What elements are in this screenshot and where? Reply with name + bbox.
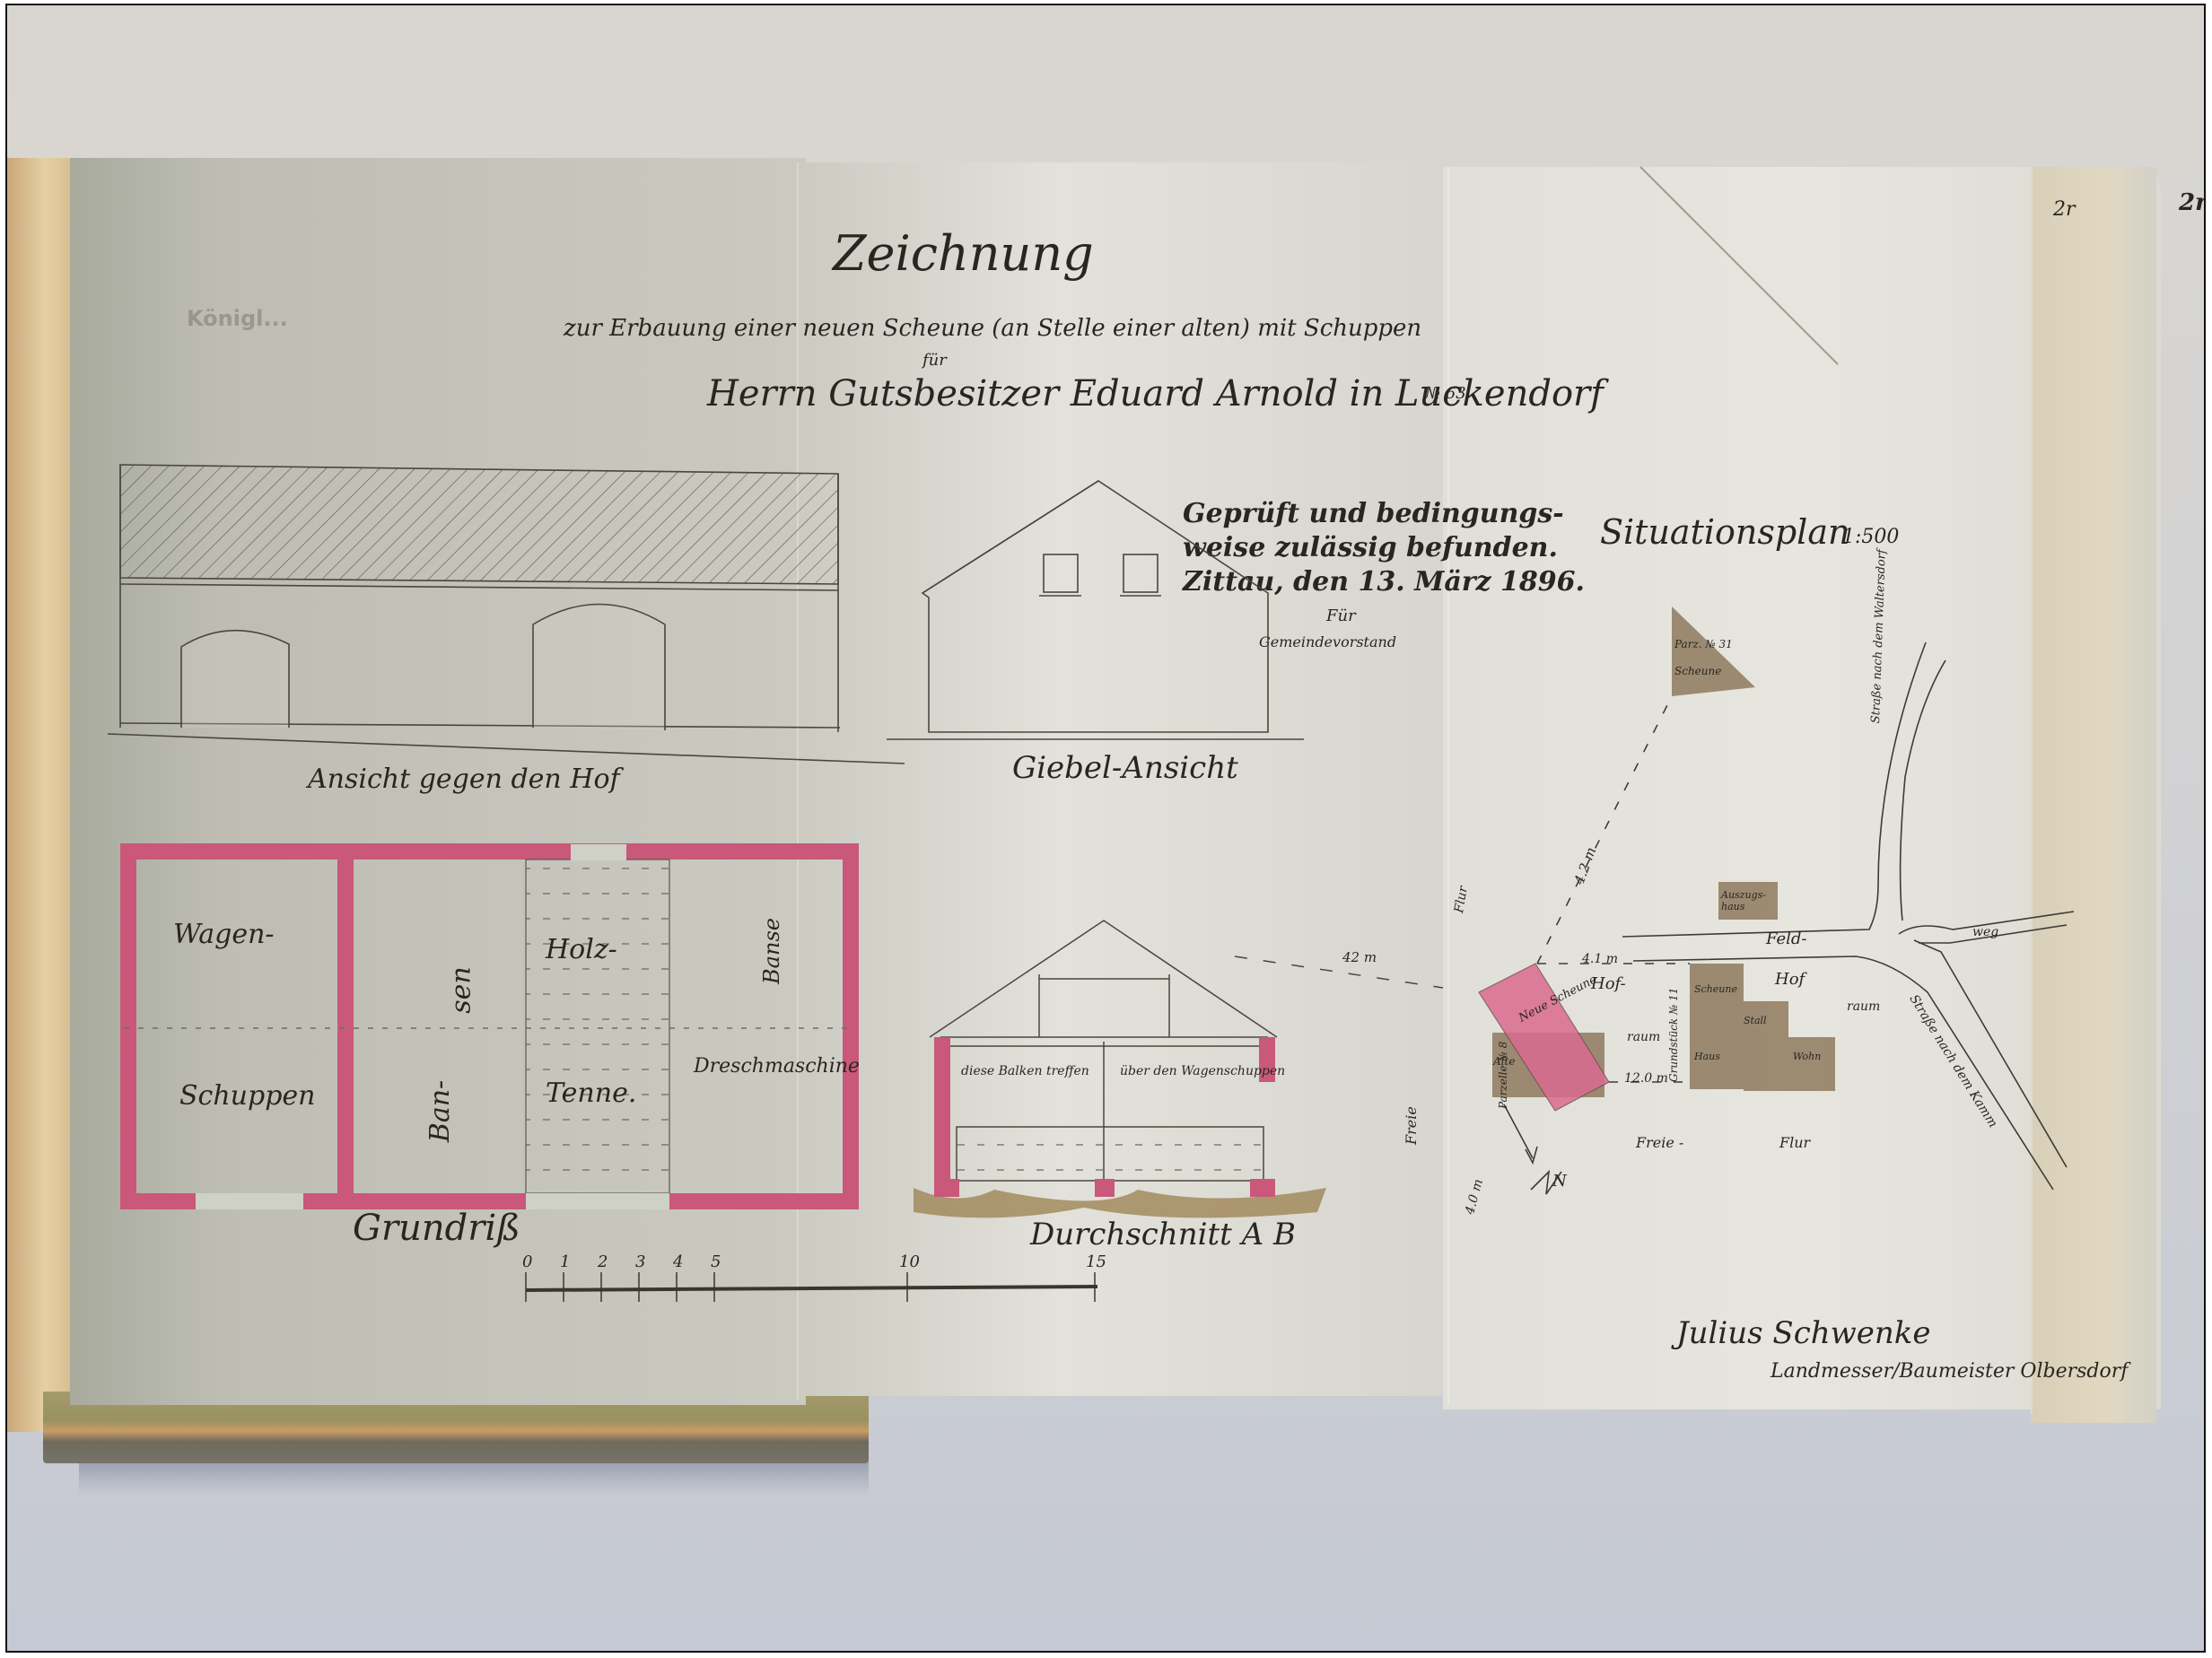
architectural-drawings <box>7 5 2206 1653</box>
margin-mark: 2r <box>2053 198 2076 221</box>
scale-bar <box>526 1272 1097 1302</box>
section-label: Durchschnitt A B <box>1030 1217 1296 1252</box>
site-label-main-4: Haus <box>1694 1051 1720 1062</box>
scale-tick-2: 2 <box>598 1252 608 1271</box>
scale-tick-4: 4 <box>673 1252 683 1271</box>
site-label-hof-right: Hof <box>1775 970 1805 989</box>
room-label-holz: Holz- <box>546 934 617 965</box>
site-label-small-building: Auszugs-haus <box>1721 889 1775 912</box>
north-arrow-label: N <box>1552 1172 1567 1191</box>
site-label-freie-left: Freie <box>1403 1106 1420 1145</box>
scale-tick-3: 3 <box>635 1252 645 1271</box>
site-label-main-3: Wohn <box>1793 1051 1821 1062</box>
site-label-raum-right: raum <box>1847 999 1880 1014</box>
scale-tick-15: 15 <box>1086 1252 1106 1271</box>
dimension-4-1m: 4.1 m <box>1582 952 1618 966</box>
room-label-schuppen: Schuppen <box>179 1080 315 1112</box>
dimension-42m: 42 m <box>1342 949 1377 965</box>
surveyor-signature-title: Landmesser/Baumeister Olbersdorf <box>1770 1360 2128 1383</box>
site-plan <box>1479 167 2074 1194</box>
site-label-plot: Parz. № 31 <box>1674 638 1733 650</box>
site-label-plot-sub: Scheune <box>1674 665 1721 677</box>
room-label-wagen: Wagen- <box>173 919 275 950</box>
site-label-main-1: Scheune <box>1694 983 1737 995</box>
section-note-right: über den Wagenschuppen <box>1120 1064 1285 1078</box>
site-label-feld: Feld- <box>1766 929 1807 948</box>
gable-elevation <box>887 481 1304 739</box>
floor-plan <box>124 844 855 1209</box>
site-label-freie-bottom: Freie - <box>1636 1134 1683 1151</box>
site-label-parcel-left: Parzelle № 8 <box>1497 1042 1509 1109</box>
surveyor-signature-name: Julius Schwenke <box>1676 1315 1931 1351</box>
dimension-12m: 12.0 m <box>1624 1071 1668 1086</box>
scale-tick-10: 10 <box>899 1252 920 1271</box>
scale-tick-1: 1 <box>560 1252 570 1271</box>
site-label-flur-bottom: Flur <box>1779 1134 1810 1151</box>
floor-plan-label: Grundriß <box>353 1208 520 1249</box>
section-note-left: diese Balken treffen <box>961 1064 1089 1078</box>
courtyard-elevation-label: Ansicht gegen den Hof <box>308 764 620 795</box>
photo-frame: Königl... Zeichnung zur Erbauung einer n… <box>5 4 2206 1653</box>
room-label-dreschmaschine: Dreschmaschine <box>694 1055 828 1078</box>
site-plan-title: Situationsplan <box>1600 512 1849 552</box>
gable-elevation-label: Giebel-Ansicht <box>1012 750 1238 786</box>
site-label-weg: weg <box>1972 925 1998 939</box>
room-label-banse: Banse <box>759 918 784 984</box>
site-plan-scale: 1:500 <box>1842 526 1899 548</box>
site-label-raum: raum <box>1627 1030 1660 1044</box>
site-label-parcel-mid: Grundstück № 11 <box>1667 988 1680 1082</box>
site-label-main-2: Stall <box>1744 1015 1767 1026</box>
page-number-mark: 2r <box>2179 189 2206 216</box>
scale-tick-0: 0 <box>522 1252 532 1271</box>
scale-tick-5: 5 <box>711 1252 721 1271</box>
room-label-ban: sen <box>446 966 477 1013</box>
room-label-tenne: Tenne. <box>546 1078 636 1109</box>
courtyard-elevation <box>108 465 905 764</box>
room-label-sen: Ban- <box>424 1080 456 1142</box>
